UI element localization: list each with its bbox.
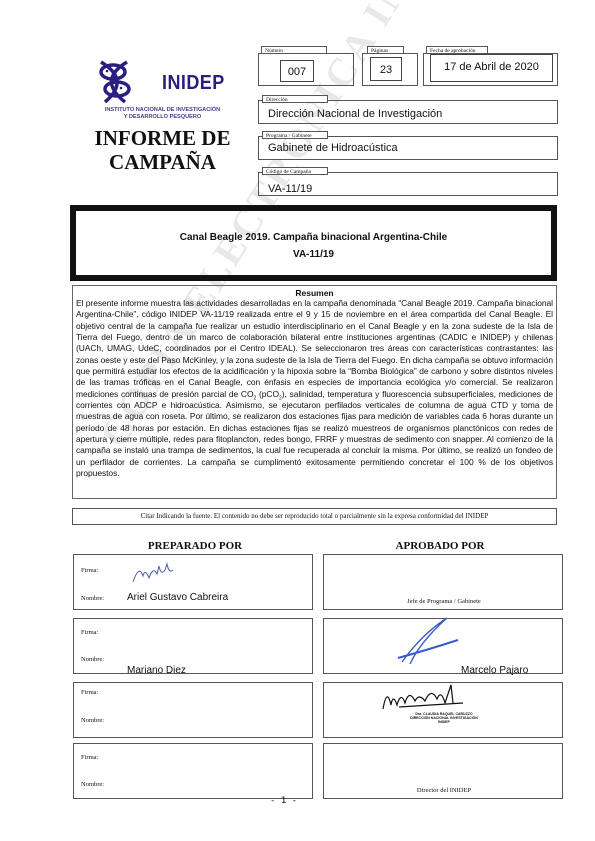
prepared-signature-box-1: Firma: Nombre: Ariel Gustavo Cabreira bbox=[73, 554, 313, 610]
page-number: - 1 - bbox=[270, 796, 297, 806]
approved-box-4: Director del INIDEP bbox=[323, 743, 563, 799]
citation-notice: Citar Indicando la fuente. El contenido … bbox=[72, 508, 557, 525]
paginas-value: 23 bbox=[370, 57, 402, 81]
approved-box-2: Marcelo Pajaro bbox=[323, 618, 563, 674]
prepared-name-2: Mariano Diez bbox=[127, 665, 186, 676]
fecha-label: Fecha de aprobación bbox=[426, 46, 488, 54]
numero-label: Número bbox=[261, 46, 327, 54]
prepared-by-heading: PREPARADO POR bbox=[95, 540, 295, 552]
official-stamp: Dra. CLAUDIA RAQUEL CARUZZO DIRECCIÓN NA… bbox=[384, 712, 504, 724]
document-title: INFORME DE CAMPAÑA bbox=[70, 126, 255, 174]
codigo-label: Código de Campaña bbox=[262, 167, 328, 175]
prepared-signature-box-4: Firma: Nombre: bbox=[73, 743, 313, 799]
approved-by-heading: APROBADO POR bbox=[340, 540, 540, 552]
prepared-signature-box-3: Firma: Nombre: bbox=[73, 682, 313, 738]
signature-icon bbox=[379, 683, 469, 713]
logo-text: INIDEP bbox=[162, 72, 225, 95]
paginas-label: Páginas bbox=[367, 46, 404, 54]
programa-label: Programa / Gabinete bbox=[262, 131, 328, 139]
campaign-title: Canal Beagle 2019. Campaña binacional Ar… bbox=[76, 232, 551, 243]
institution-name: INSTITUTO NACIONAL DE INVESTIGACIÓN Y DE… bbox=[70, 107, 255, 121]
signature-icon bbox=[392, 614, 462, 669]
prepared-name-1: Ariel Gustavo Cabreira bbox=[127, 592, 228, 603]
role-director: Director del INIDEP bbox=[324, 787, 564, 794]
resumen-section: Resumen El presente informe muestra las … bbox=[72, 285, 557, 499]
direccion-value: Dirección Nacional de Investigación bbox=[268, 108, 442, 120]
approved-box-3: Dra. CLAUDIA RAQUEL CARUZZO DIRECCIÓN NA… bbox=[323, 682, 563, 738]
role-jefe-programa: Jefe de Programa / Gabinete bbox=[324, 598, 564, 605]
signature-icon bbox=[129, 558, 179, 588]
resumen-heading: Resumen bbox=[76, 288, 553, 298]
approved-box-1: Jefe de Programa / Gabinete bbox=[323, 554, 563, 610]
direccion-label: Dirección bbox=[262, 95, 328, 103]
codigo-value: VA-11/19 bbox=[268, 183, 312, 195]
approved-name-2: Marcelo Pajaro bbox=[461, 665, 528, 676]
fecha-value: 17 de Abril de 2020 bbox=[430, 54, 553, 82]
resumen-text: El presente informe muestra las activida… bbox=[76, 298, 553, 480]
campaign-code: VA-11/19 bbox=[76, 249, 551, 260]
prepared-signature-box-2: Firma: Nombre: Mariano Diez bbox=[73, 618, 313, 674]
numero-value: 007 bbox=[280, 60, 314, 82]
campaign-title-box: Canal Beagle 2019. Campaña binacional Ar… bbox=[70, 205, 557, 281]
programa-value: Gabinete de Hidroacústica bbox=[268, 142, 398, 154]
